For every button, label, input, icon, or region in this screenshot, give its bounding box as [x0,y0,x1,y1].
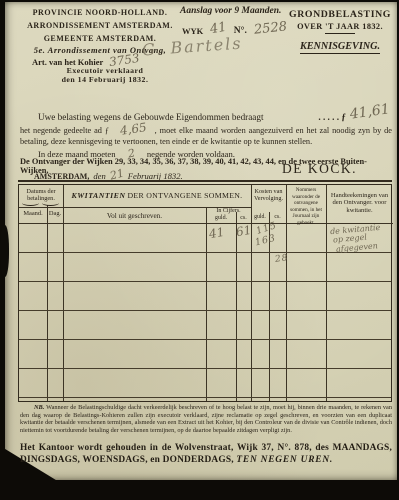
grondbelasting-title: GRONDBELASTING [286,9,394,20]
col-header-kwitantien: KWITANTIEN [72,191,126,200]
row-line [19,252,391,253]
col-header-nommers: Nommers waaronder de ontvangene sommen, … [286,187,326,226]
col-header-in-cijfers: In Cijfers. [206,208,251,215]
col-header-kwitantien-sub: DER ONTVANGENE SOMMEN. [127,191,242,200]
brace-curve [22,200,39,206]
nb-paragraph: NB. Wanneer de Belastingschuldige dacht … [20,404,392,440]
row-line [19,397,391,398]
ninth-part-amount-handwritten: 4,65 [111,121,155,137]
executoir-line: Executoir verklaard [50,66,160,75]
nb-label: NB. [20,404,44,411]
arrondissement-line: ARRONDISSEMENT AMSTERDAM. [14,21,186,30]
leader-dots: . . . . . ƒ [264,112,350,122]
kantoor-text: Het Kantoor wordt gehouden in de Wolvens… [20,443,392,465]
ninth-part-pre: het negende gedeelte ad ƒ [20,126,109,135]
number-value-handwritten: 2528 [253,19,287,37]
kennisgeving-title: KENNISGEVING. [300,41,380,54]
province-line: PROVINCIE NOORD-HOLLAND. [14,8,186,17]
col-header-kosten-cs: cs. [269,214,286,220]
grid-line [19,223,393,224]
row-line [19,310,391,311]
row1-guld-handwritten: 41 [208,225,225,241]
grid-line [236,212,237,401]
col-header-vol: Vol uit geschreven. [63,212,206,220]
brace-curve [42,200,59,206]
row-line [19,281,391,282]
row-line [19,368,391,369]
col-header-maand: Maand. [19,210,47,217]
nb-text: Wanneer de Belastingschuldige dacht verk… [20,404,392,434]
year-line: OVER 'T JAAR 1832. [286,22,394,31]
col-header-handtekeningen: Handteekeningen van den Ontvanger. voor … [326,192,393,214]
ontvanger-name: DE KOCK. [282,161,357,177]
kwitantie-table: Datums der betalingen. KWITANTIEN DER ON… [18,184,392,402]
wyk-label: Wyk [182,26,203,36]
col-header-dag: Dag. [47,210,63,217]
executoir-date-line: den 14 Februarij 1832. [50,75,160,84]
col-header-cijfers-cs: cs. [236,215,251,222]
row2-mark-handwritten: 28 [274,253,289,265]
col-header-kosten-guld: guld. [251,214,269,220]
divider-rule [325,33,355,34]
kantoor-hours: TEN NEGEN UREN. [236,455,333,465]
scan-tear-blob [0,225,9,277]
row-line [19,339,391,340]
scan-background: PROVINCIE NOORD-HOLLAND. ARRONDISSEMENT … [0,0,399,500]
grid-line [206,207,207,401]
kantoor-paragraph: Het Kantoor wordt gehouden in de Wolvens… [20,443,392,466]
col-header-cijfers-guld: guld. [206,215,236,222]
row1-cs-handwritten: 61 [235,223,252,239]
grid-line [47,205,48,401]
section-rule [18,180,392,182]
col-header-kosten: Kosten van Vervolging. [251,189,286,203]
